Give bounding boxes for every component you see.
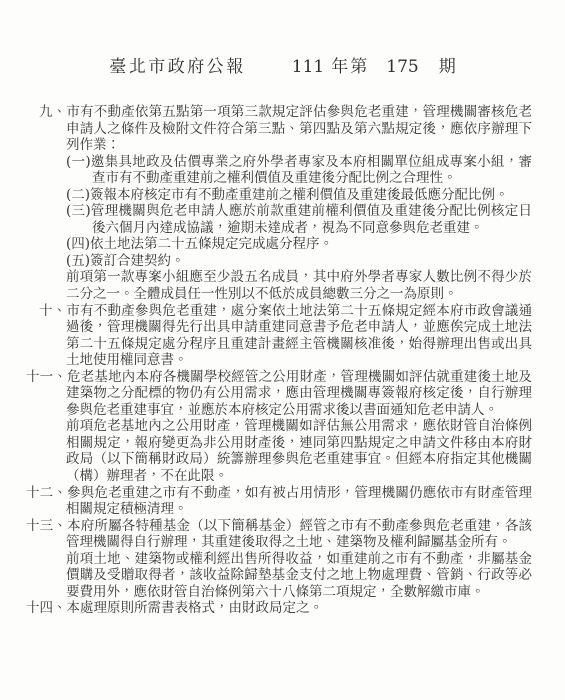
- item-number: 十、: [39, 303, 66, 319]
- gazette-page: 臺北市政府公報 111 年第 175 期 九、市有不動產依第五點第一項第三款規定…: [0, 0, 565, 700]
- sub-item: (四)依土地法第二十五條規定完成處分程序。: [66, 236, 532, 253]
- sub-item: (五)簽訂合建契約。: [66, 253, 532, 270]
- provision-item-11: 十一、危老基地內本府各機關學校經管之公用財產，管理機關如評估就重建後土地及建築物…: [26, 369, 532, 485]
- provision-item-13: 十三、本府所屬各特種基金（以下簡稱基金）經管之市有不動產參與危老重建，各該管理機…: [26, 518, 532, 601]
- gazette-header: 臺北市政府公報 111 年第 175 期: [0, 0, 565, 77]
- item-number: 十三、: [26, 518, 67, 534]
- item-paragraph: 前項第一款專案小組應至少設五名成員，其中府外學者專家人數比例不得少於二分之一。全…: [66, 269, 532, 302]
- sub-item: (一)邀集具地政及估價專業之府外學者專家及本府相關單位組成專案小組，審查市有不動…: [66, 154, 532, 187]
- issue-year-unit: 年第: [331, 52, 369, 77]
- provision-item-10: 十、市有不動產參與危老重建，處分案依土地法第二十五條規定經本府市政會議通過後，管…: [26, 303, 532, 369]
- item-paragraph: 前項危老基地內之公用財產，管理機關如評估無公用需求，應依財管自治條例相關規定，報…: [66, 418, 532, 484]
- issue-year: 111: [292, 57, 324, 77]
- issue-number: 175: [386, 57, 418, 77]
- item-paragraph: 前項土地、建築物或權利經出售所得收益，如重建前之市有不動產，非屬基金價購及受贈取…: [66, 551, 532, 601]
- provision-item-12: 十二、參與危老重建之市有不動產，如有被占用情形，管理機關仍應依市有財產管理相關規…: [26, 485, 532, 518]
- gazette-title: 臺北市政府公報: [109, 52, 246, 77]
- item-number: 十一、: [26, 369, 67, 385]
- sub-item-number: (三): [66, 203, 91, 219]
- provision-item-9: 九、市有不動產依第五點第一項第三款規定評估參與危老重建，管理機關審核危老申請人之…: [26, 104, 532, 303]
- sub-item: (二)簽報本府核定市有不動產重建前之權利價值及重建後最低應分配比例。: [66, 187, 532, 204]
- sub-item-number: (四): [66, 236, 90, 252]
- document-body: 九、市有不動產依第五點第一項第三款規定評估參與危老重建，管理機關審核危老申請人之…: [26, 104, 532, 617]
- sub-item: (三)管理機關與危老申請人應於前款重建前權利價值及重建後分配比例核定日後六個月內…: [66, 203, 532, 236]
- sub-item-number: (一): [66, 154, 91, 170]
- item-number: 十二、: [26, 485, 67, 501]
- item-number: 九、: [39, 104, 66, 120]
- item-number: 十四、: [26, 600, 67, 616]
- provision-item-14: 十四、本處理原則所需書表格式，由財政局定之。: [26, 600, 532, 617]
- sub-item-number: (二): [66, 187, 90, 203]
- issue-number-unit: 期: [439, 52, 456, 77]
- sub-item-number: (五): [66, 253, 90, 269]
